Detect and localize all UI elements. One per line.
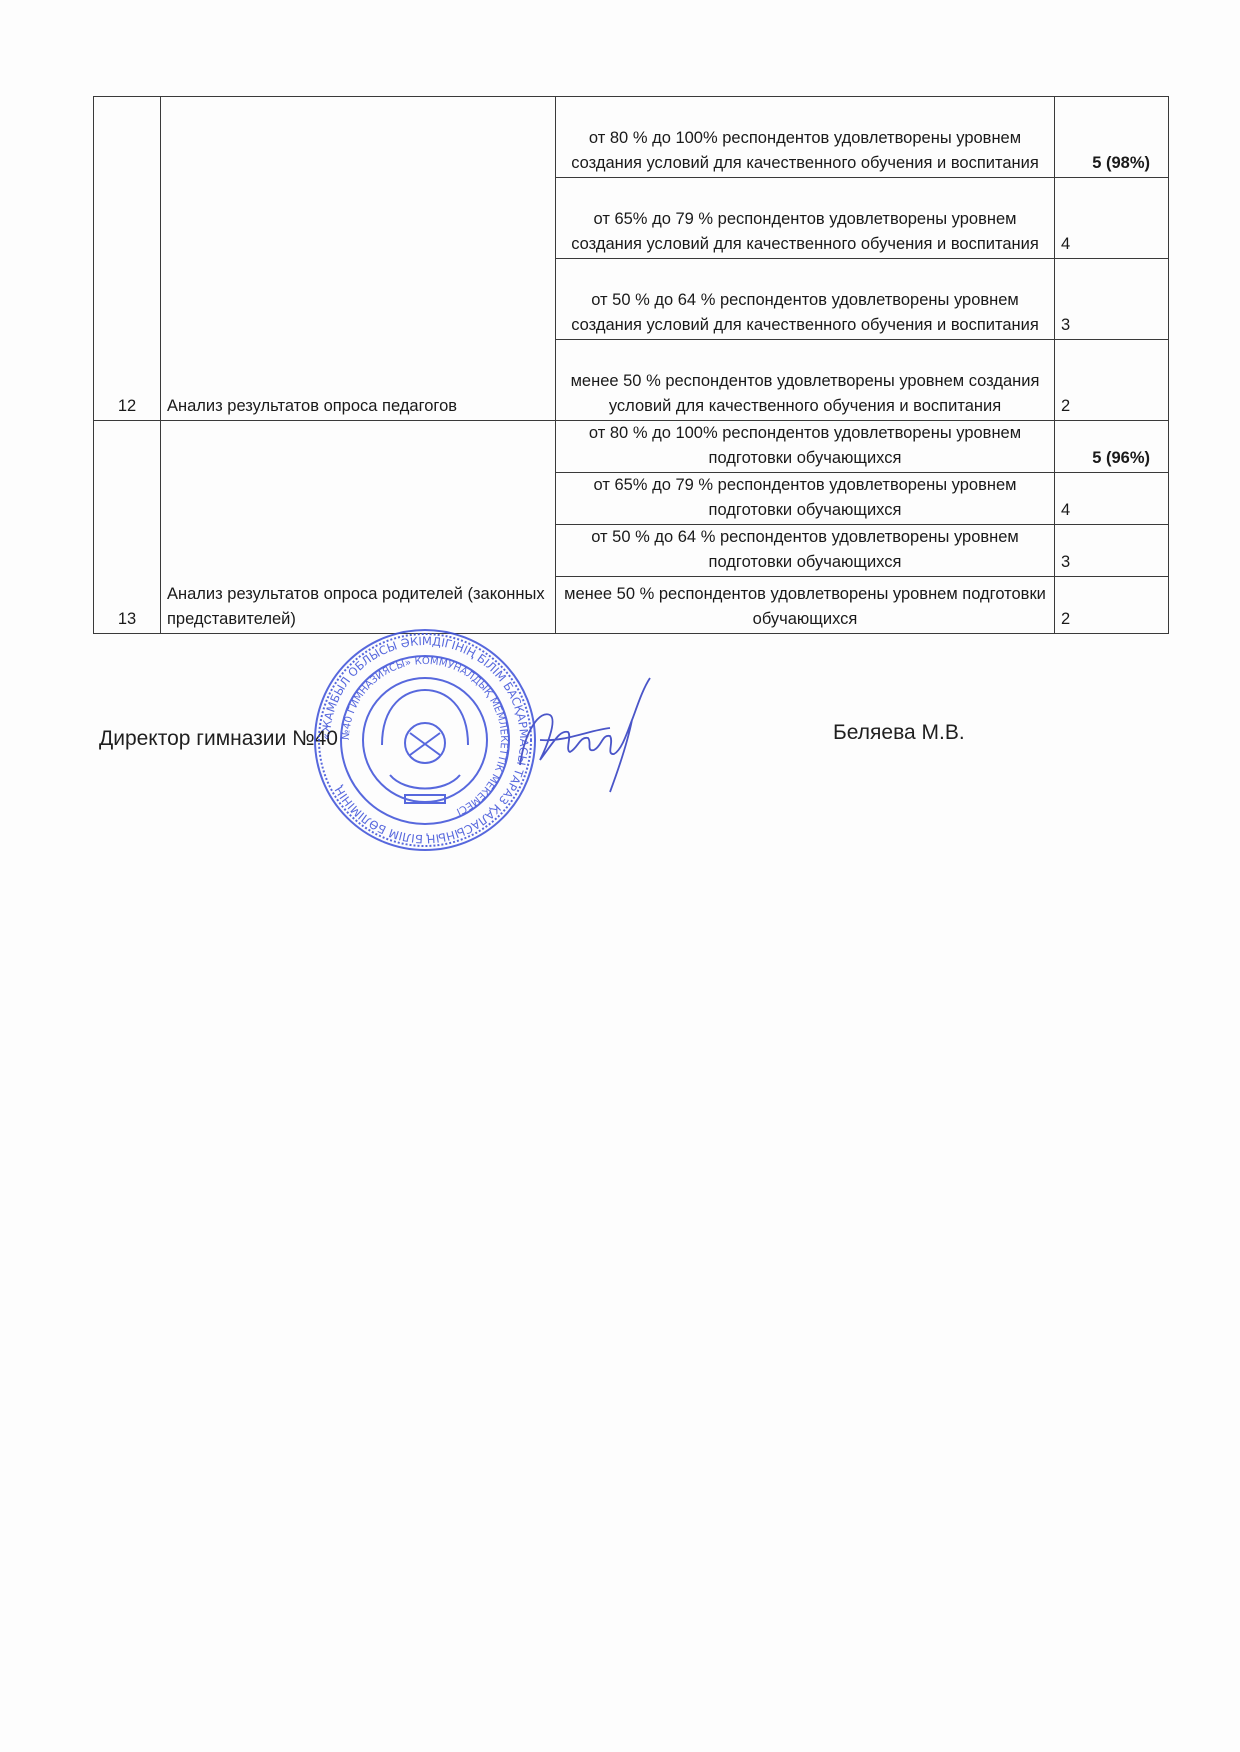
handwritten-signature-icon [510, 670, 660, 800]
signatory-title: Директор гимназии №40 [99, 727, 338, 751]
document-page: 12 Анализ результатов опроса педагогов о… [0, 0, 1240, 1752]
signatory-name: Беляева М.В. [833, 721, 965, 745]
official-stamp-icon: «ЖАМБЫЛ ОБЛЫСЫ ӘКІМДІГІНІҢ БІЛІМ БАСҚАРМ… [310, 625, 540, 855]
signature-block: Директор гимназии №40 Беляева М.В. «ЖАМБ… [0, 0, 1240, 900]
